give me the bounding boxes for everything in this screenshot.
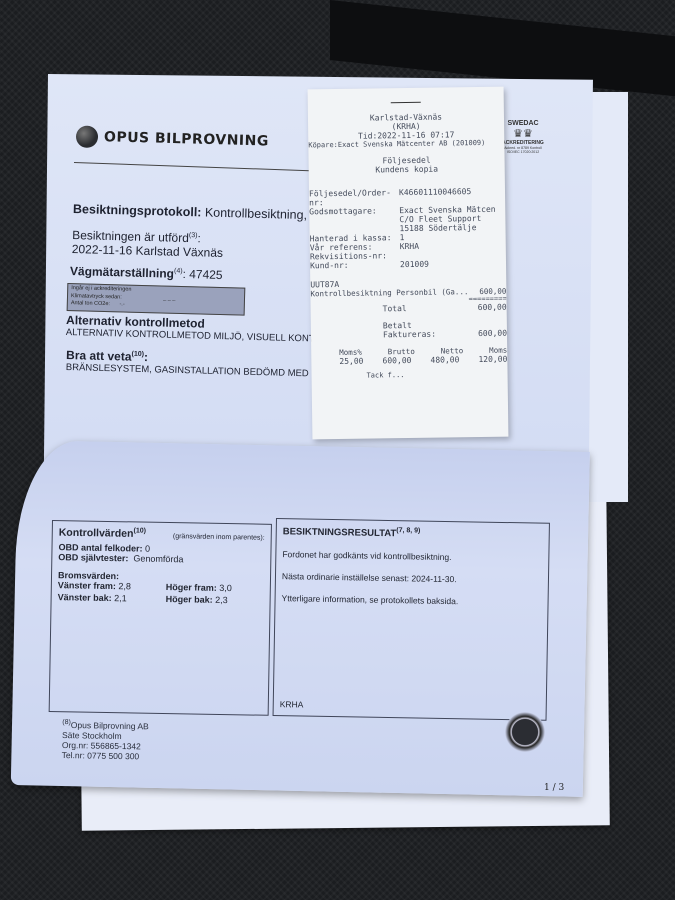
vat-header: Netto [441,346,464,355]
inspection-result-box: BESIKTNINGSRESULTAT(7, 8, 9) Fordonet ha… [273,518,550,721]
receipt-field-label: Kund-nr: [310,260,400,270]
receipt-field-value: KRHA [400,242,419,251]
brand-name: OPUS BILPROVNING [104,129,269,149]
result-next-inspection: Nästa ordinarie inställelse senast: 2024… [282,571,542,586]
control-values-box: Kontrollvärden(10) (gränsvärden inom par… [49,520,272,716]
result-approved: Fordonet har godkänts vid kontrollbesikt… [282,549,542,564]
receipt-total-label: Total [383,304,407,313]
brake-values: Vänster fram: 2,8Höger fram: 3,0Vänster … [58,580,264,606]
obd-self-label: OBD självtester: [58,552,128,563]
swedac-stamp: SWEDAC ♛♛ ACKREDITERING Ackred. nr 8789 … [502,120,544,162]
receipt-invoiced-value: 600,00 [478,329,507,338]
climate-value: _ _ _ [163,295,175,301]
performed-block: Besiktningen är utförd(3): 2022-11-16 Ka… [72,228,224,260]
footnote-ref: (3) [189,232,198,239]
vat-value: 480,00 [430,355,459,364]
receipt-total-value: 600,00 [478,303,507,312]
receipt-field-value: 201009 [400,260,429,269]
globe-logo-icon [76,125,99,148]
vat-header: Moms [489,346,507,355]
receipt-top-rule [391,102,421,103]
vat-header: Brutto [388,347,415,356]
receipt: Karlstad-Växnäs (KRHA) Tid:2022-11-16 07… [308,87,509,440]
footnote-ref: (8) [62,719,71,726]
result-station-code: KRHA [280,699,304,709]
footnote-ref: (7, 8, 9) [396,527,420,534]
vat-header: Moms% [339,348,362,357]
company-footer: (8)Opus Bilprovning AB Säte Stockholm Or… [62,718,149,761]
receipt-fields: Följesedel/Order-nr:K46601110046605Godsm… [309,187,506,271]
receipt-field-label: Följesedel/Order-nr: [309,188,399,207]
brake-value: Vänster bak: 2,1 [58,592,166,604]
vat-value: 120,00 [478,355,507,364]
swedac-small-text: Ackred. nr 8789 Kontroll ISO/IEC 17020:2… [502,146,544,154]
vat-value: 600,00 [382,356,411,365]
receipt-field-value: K46601110046605 [399,187,471,206]
brake-value: Vänster fram: 2,8 [58,580,166,592]
brake-value: Höger bak: 2,3 [166,593,266,605]
swedac-top-text: SWEDAC [502,120,544,127]
result-more-info: Ytterligare information, se protokollets… [282,593,542,608]
co2-value: -.- [119,301,124,307]
protocol-title-rest: Kontrollbesiktning, B [205,205,319,222]
odometer-label: Vägmätarställning [70,264,174,281]
obd-faults-value: 0 [145,543,150,553]
control-values-note: (gränsvärden inom parentes): [173,533,265,542]
footer-tel-nr: Tel.nr: 0775 500 300 [62,750,149,762]
brake-value: Höger fram: 3,0 [166,581,266,593]
accreditation-seal-icon [505,712,545,752]
control-values-heading: Kontrollvärden [59,527,134,540]
footnote-ref: (10) [131,351,144,358]
footnote-ref: (4) [174,268,183,275]
receipt-footer-cut: Tack f... [312,370,508,381]
footnote-ref: (10) [133,527,146,534]
climate-label: Klimatavtryck sedan: [71,293,122,300]
receipt-invoiced-label: Faktureras: [383,330,436,340]
co2-label: Antal ton CO2e: [71,300,110,307]
obd-self-value: Genomförda [133,553,183,564]
page-number: 1 / 3 [544,783,564,793]
vat-value: 25,00 [339,357,363,366]
receipt-field-value: 15188 Södertälje [399,223,476,233]
climate-box: Ingår ej i ackrediteringen Klimatavtryck… [67,283,246,316]
receipt-field-value: 1 [400,233,405,242]
result-heading: BESIKTNINGSRESULTAT [283,526,397,539]
odometer-value: 47425 [189,267,223,282]
crowns-icon: ♛♛ [502,127,544,140]
